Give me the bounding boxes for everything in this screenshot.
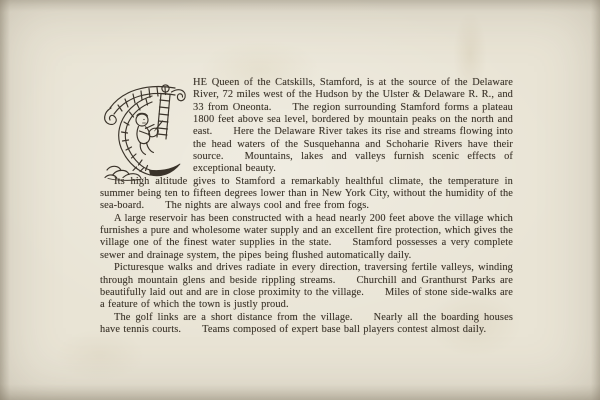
paragraph: A large reservoir has been constructed w… bbox=[100, 213, 513, 262]
drop-cap-illustration: T bbox=[100, 78, 188, 174]
scanned-page: T bbox=[0, 0, 600, 400]
paragraph: The golf links are a short distance from… bbox=[100, 312, 513, 337]
paragraph-text: HE Queen of the Catskills, Stamford, is … bbox=[193, 77, 513, 174]
paragraph: Picturesque walks and drives radiate in … bbox=[100, 262, 513, 311]
paragraph: Its high altitude gives to Stamford a re… bbox=[100, 176, 513, 213]
page-body: T bbox=[100, 77, 513, 336]
lead-paragraph: T bbox=[100, 77, 513, 176]
